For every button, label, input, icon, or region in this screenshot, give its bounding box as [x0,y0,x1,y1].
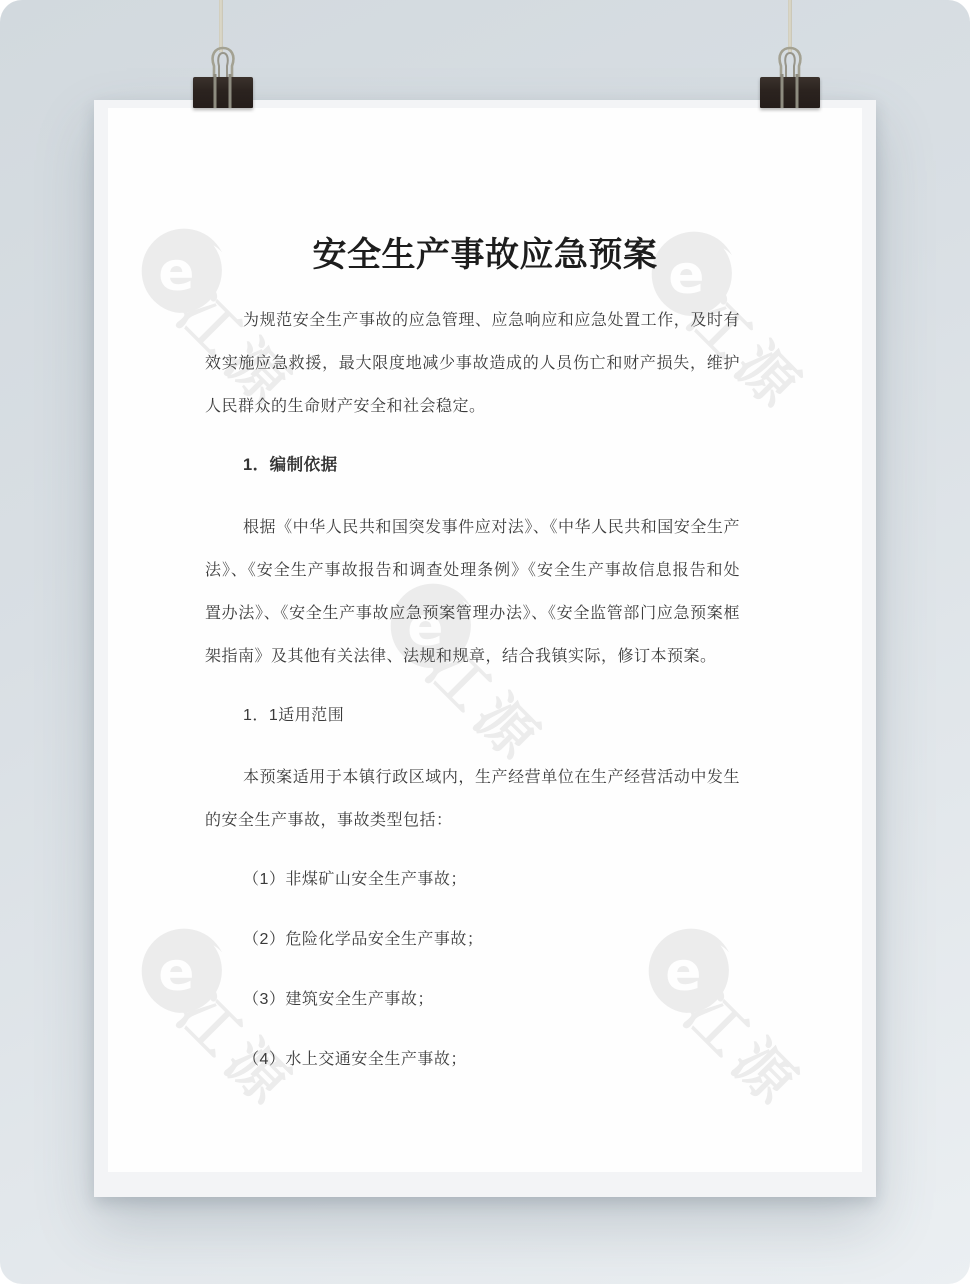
clip-prongs-icon [768,74,812,110]
clip-wire-icon [768,44,812,78]
paragraph-basis: 根据《中华人民共和国突发事件应对法》、《中华人民共和国安全生产法》、《安全生产事… [205,506,740,678]
poster-mockup-canvas: e 江源 e 江源 e 江源 [0,0,970,1284]
list-item-4: （4）水上交通安全生产事故； [205,1038,740,1081]
section-heading-1: 1．编制依据 [205,444,740,487]
list-item-3: （3）建筑安全生产事故； [205,978,740,1021]
document-page: e 江源 e 江源 e 江源 [108,108,862,1172]
clip-prongs-icon [201,74,245,110]
paragraph-scope: 本预案适用于本镇行政区域内，生产经营单位在生产经营活动中发生的安全生产事故，事故… [205,756,740,842]
binder-clip-left [193,44,253,110]
list-item-2: （2）危险化学品安全生产事故； [205,918,740,961]
clip-wire-icon [201,44,245,78]
list-item-1: （1）非煤矿山安全生产事故； [205,858,740,901]
binder-clip-right [760,44,820,110]
paragraph-intro: 为规范安全生产事故的应急管理、应急响应和应急处置工作，及时有效实施应急救援，最大… [205,299,740,428]
subsection-heading-1-1: 1．1适用范围 [205,694,740,737]
document-content: 安全生产事故应急预案 为规范安全生产事故的应急管理、应急响应和应急处置工作，及时… [108,235,862,1081]
document-title: 安全生产事故应急预案 [108,235,862,275]
poster-sheet: e 江源 e 江源 e 江源 [94,100,876,1197]
